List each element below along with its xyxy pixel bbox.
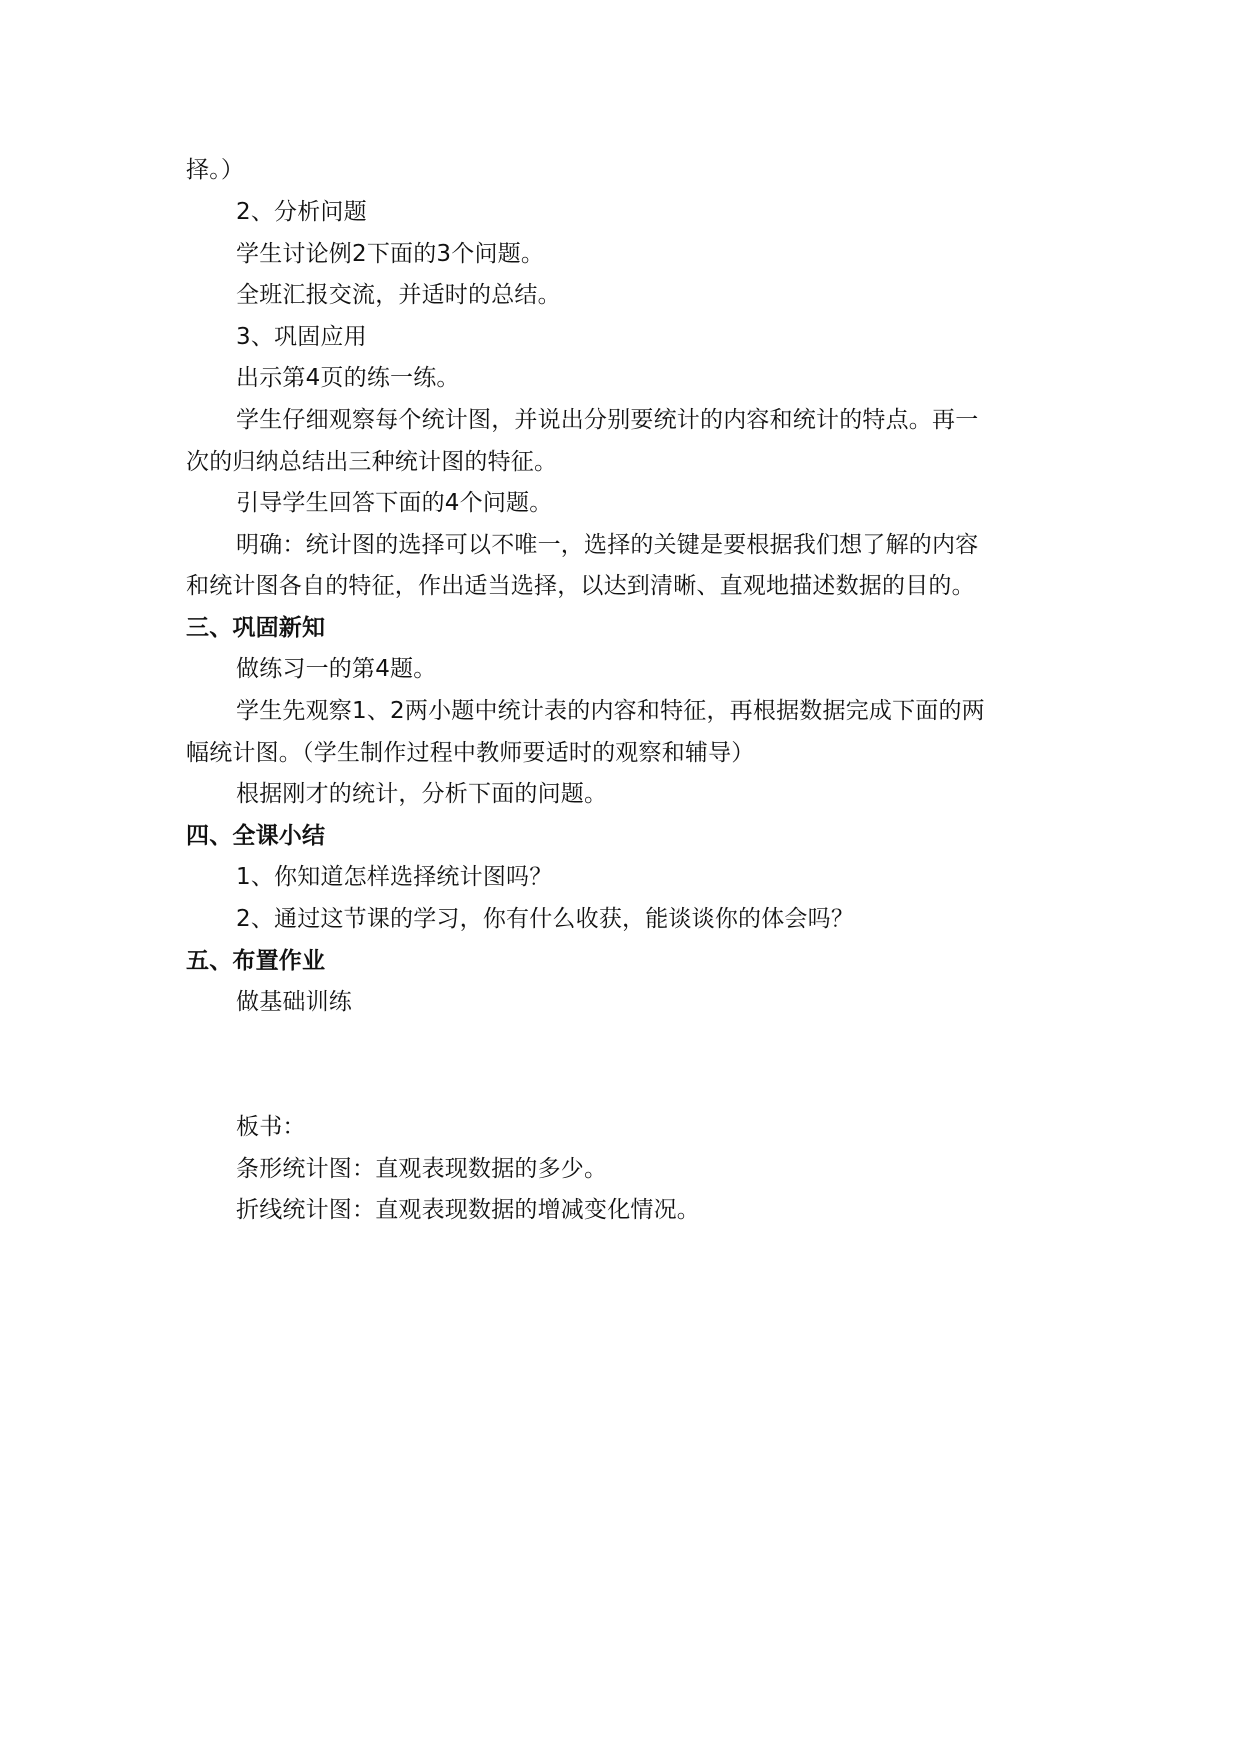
summary-question-1: 1、你知道怎样选择统计图吗？: [236, 863, 552, 891]
summary-question-2: 2、通过这节课的学习，你有什么收获，能谈谈你的体会吗？: [236, 905, 854, 933]
document-page: 择。） 2、分析问题 学生讨论例2下面的3个问题。 全班汇报交流，并适时的总结。…: [0, 0, 1241, 1754]
paragraph: 做练习一的第4题。: [236, 655, 436, 683]
section-heading-5: 五、布置作业: [186, 947, 325, 975]
paragraph: 学生先观察1、2两小题中统计表的内容和特征，再根据数据完成下面的两: [236, 697, 985, 725]
blackboard-item: 条形统计图：直观表现数据的多少。: [236, 1155, 607, 1183]
continuation-text: 择。）: [186, 156, 244, 184]
subheading-analyze-problem: 2、分析问题: [236, 198, 367, 226]
continuation-text: 次的归纳总结出三种统计图的特征。: [186, 448, 557, 476]
blackboard-item: 折线统计图：直观表现数据的增减变化情况。: [236, 1196, 700, 1224]
blackboard-title: 板书：: [236, 1113, 306, 1141]
continuation-text: 幅统计图。（学生制作过程中教师要适时的观察和辅导）: [186, 739, 755, 767]
paragraph: 明确：统计图的选择可以不唯一，选择的关键是要根据我们想了解的内容: [236, 531, 978, 559]
paragraph: 出示第4页的练一练。: [236, 364, 460, 392]
section-heading-4: 四、全课小结: [186, 822, 325, 850]
paragraph: 根据刚才的统计，分析下面的问题。: [236, 780, 607, 808]
paragraph: 学生仔细观察每个统计图，并说出分别要统计的内容和统计的特点。再一: [236, 406, 978, 434]
paragraph: 引导学生回答下面的4个问题。: [236, 489, 552, 517]
subheading-consolidate-apply: 3、巩固应用: [236, 323, 367, 351]
homework-text: 做基础训练: [236, 988, 352, 1016]
paragraph: 全班汇报交流，并适时的总结。: [236, 281, 561, 309]
continuation-text: 和统计图各自的特征，作出适当选择，以达到清晰、直观地描述数据的目的。: [186, 572, 975, 600]
paragraph: 学生讨论例2下面的3个问题。: [236, 240, 544, 268]
section-heading-3: 三、巩固新知: [186, 614, 325, 642]
